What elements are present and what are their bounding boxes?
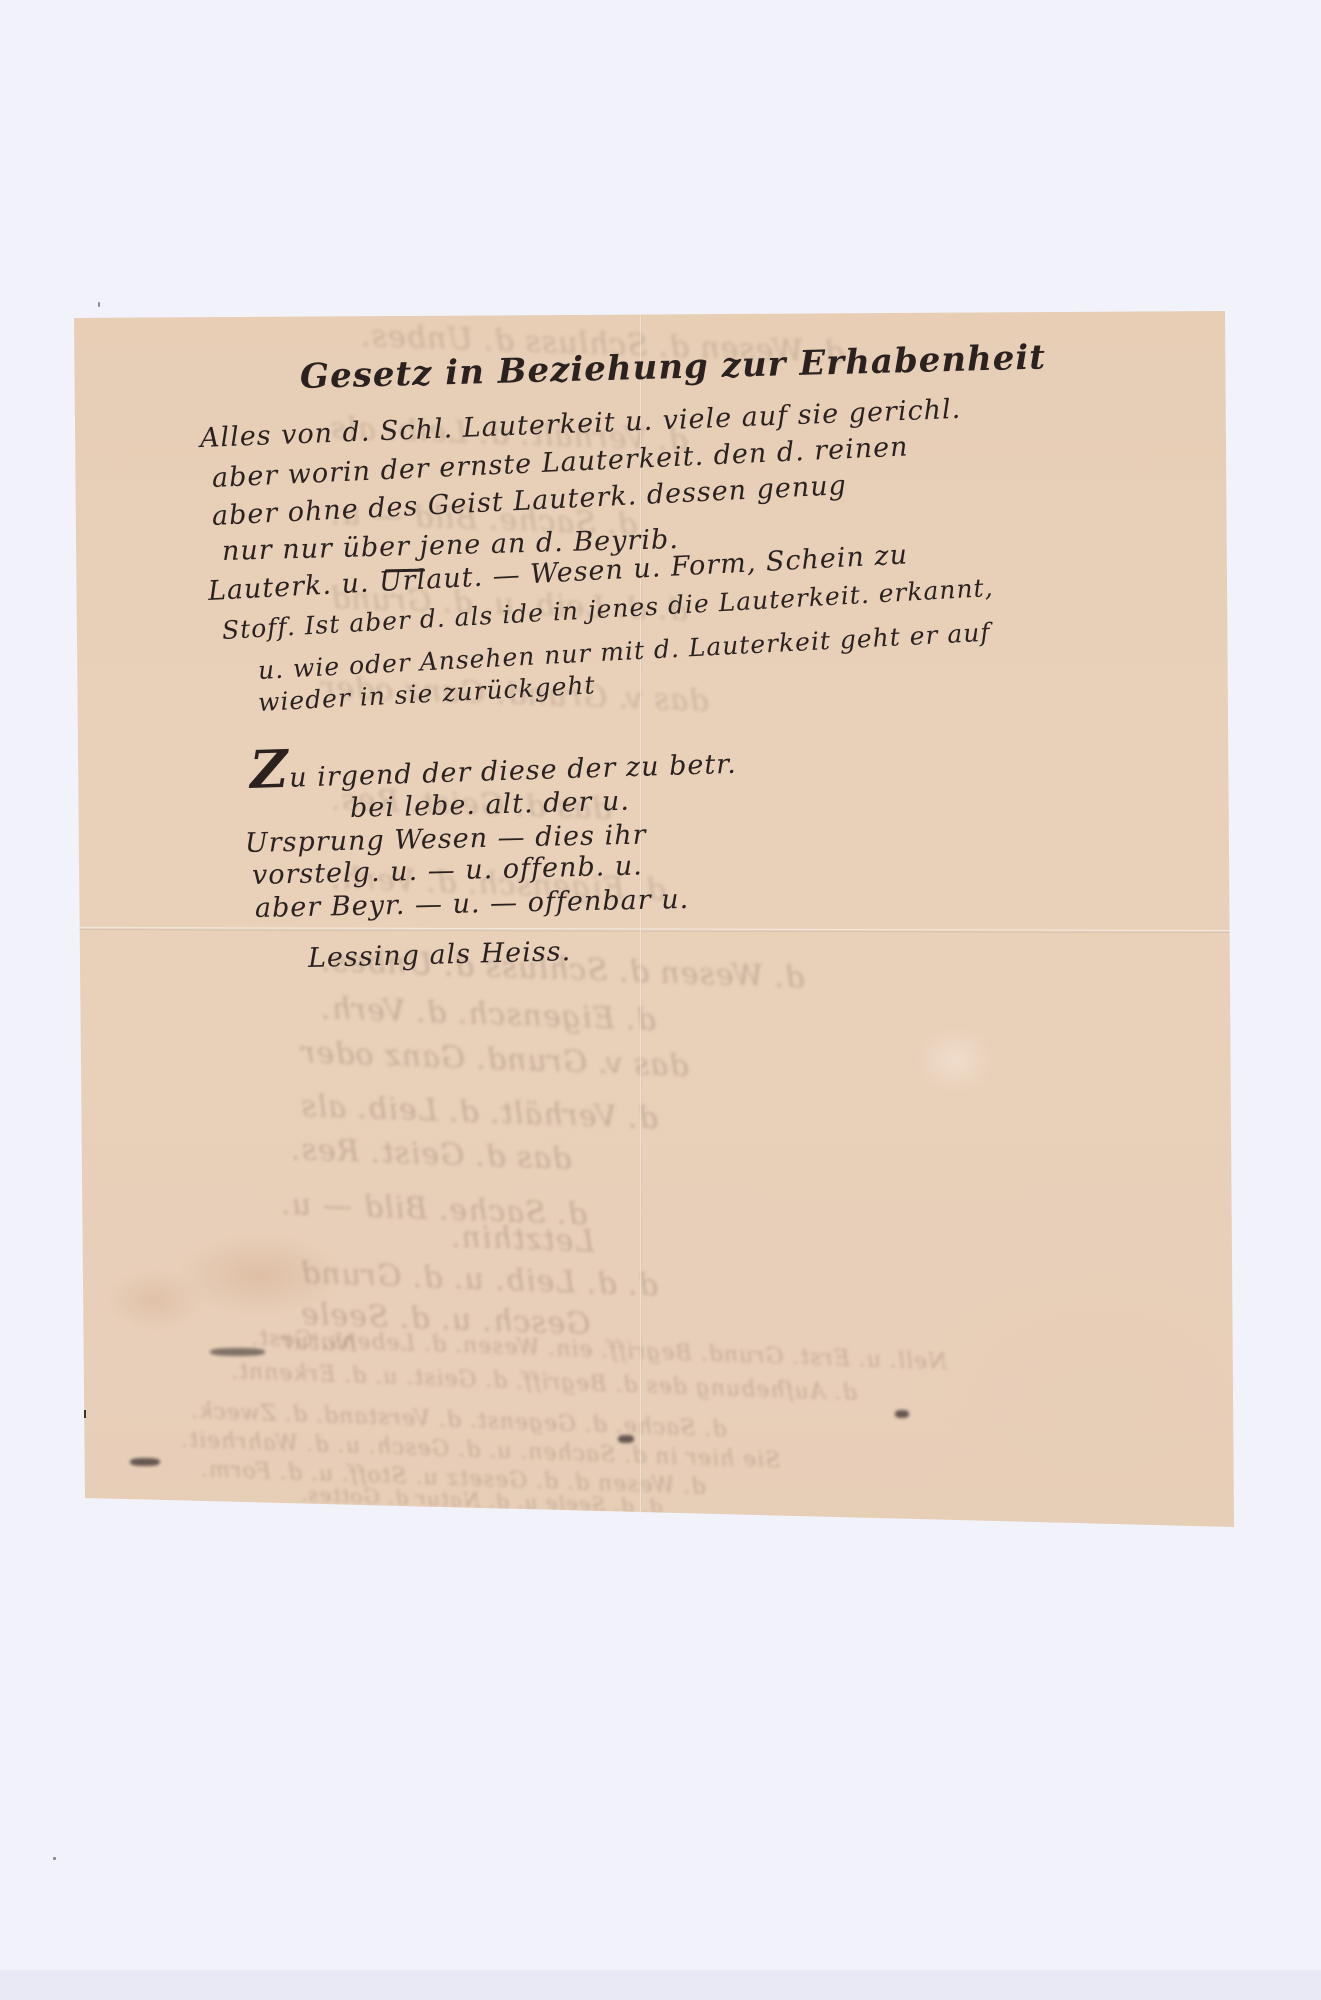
bleed-through-line: das d. Geist. Res. <box>290 1135 572 1175</box>
bleed-through-line: d. d. Leib. u. d. Grund <box>300 1259 659 1301</box>
bleed-through-line: d. Verhält. d. Leib. als <box>300 1092 659 1134</box>
ink-blot <box>618 1435 634 1443</box>
background-speck <box>98 302 100 307</box>
horizontal-fold-crease <box>74 927 1234 933</box>
ink-blot <box>130 1458 160 1466</box>
background-speck <box>53 1857 56 1860</box>
ink-blot <box>895 1410 909 1418</box>
manuscript-line: bei lebe. alt. der u. <box>350 788 631 822</box>
manuscript-line: Zu irgend der diese der zu betr. <box>249 730 737 797</box>
scan-bottom-band <box>0 1970 1321 2000</box>
manuscript-line: aber Beyr. — u. — offenbar u. <box>255 886 690 922</box>
ink-blot <box>210 1348 265 1356</box>
manuscript-page: d. Wesen d. Schluss d. Unbes. d. Eigensc… <box>0 0 1321 2000</box>
manuscript-line: Lessing als Heiss. <box>308 938 572 972</box>
bleed-through-line: d. Eigensch. d. Verh. <box>320 994 657 1036</box>
margin-tick-mark <box>84 1410 86 1418</box>
bleed-through-line: das v. Grund. Ganz oder <box>300 1038 689 1082</box>
bleed-through-line: Letzthin. <box>450 1222 595 1257</box>
